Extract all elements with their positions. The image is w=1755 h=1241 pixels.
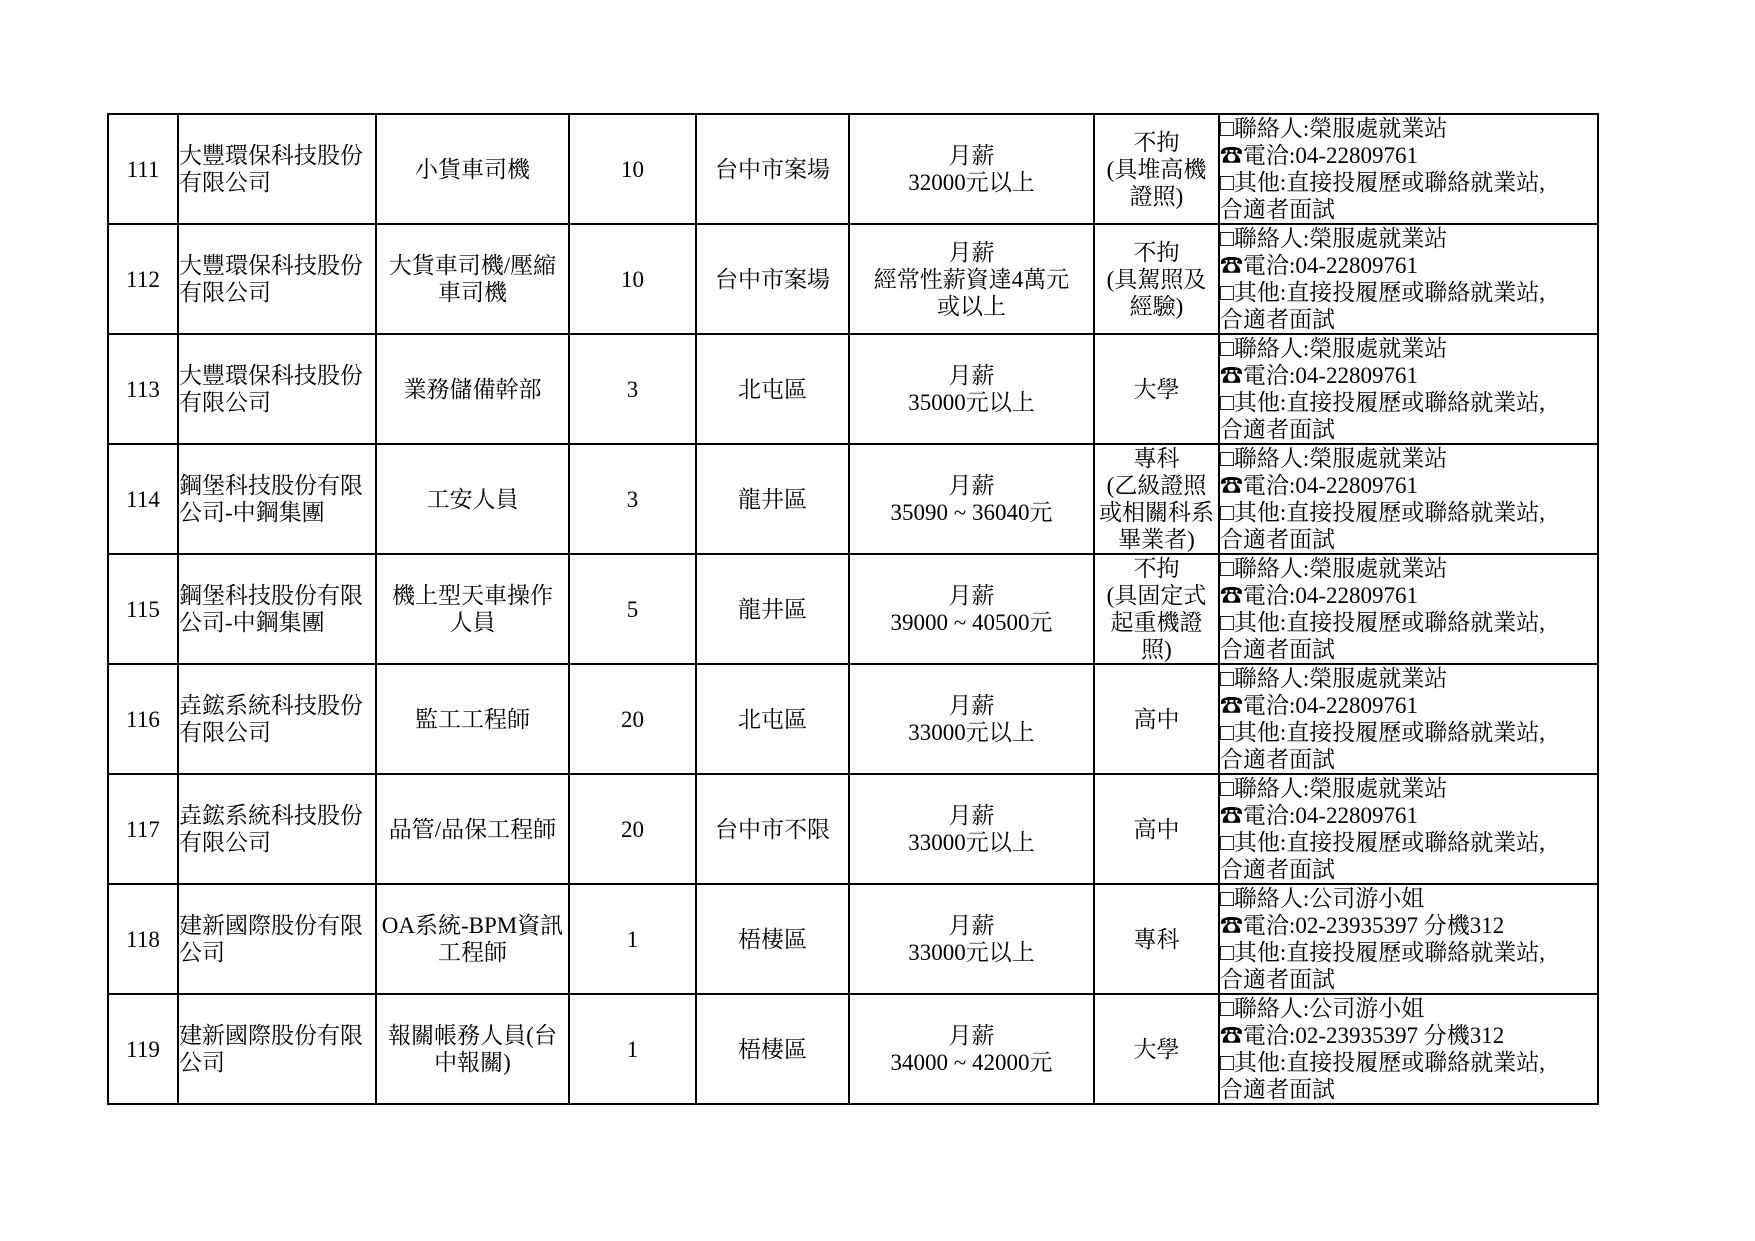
job-title-cell: 工安人員 xyxy=(376,444,569,554)
location-cell: 梧棲區 xyxy=(696,884,849,994)
company-cell: 鋼堡科技股份有限 公司-中鋼集團 xyxy=(178,444,376,554)
location-cell: 台中市不限 xyxy=(696,774,849,884)
table-row: 112 大豐環保科技股份 有限公司 大貨車司機/壓縮 車司機 10 台中市案場 … xyxy=(108,224,1598,334)
contact-cell: □聯絡人:榮服處就業站 ☎電洽:04-22809761 □其他:直接投履歷或聯絡… xyxy=(1219,554,1598,664)
job-title-cell: 業務儲備幹部 xyxy=(376,334,569,444)
company-cell: 建新國際股份有限 公司 xyxy=(178,884,376,994)
job-title-cell: 大貨車司機/壓縮 車司機 xyxy=(376,224,569,334)
job-title-cell: 機上型天車操作 人員 xyxy=(376,554,569,664)
row-number-cell: 118 xyxy=(108,884,178,994)
table-row: 113 大豐環保科技股份 有限公司 業務儲備幹部 3 北屯區 月薪 35000元… xyxy=(108,334,1598,444)
row-number-cell: 116 xyxy=(108,664,178,774)
contact-cell: □聯絡人:榮服處就業站 ☎電洽:04-22809761 □其他:直接投履歷或聯絡… xyxy=(1219,444,1598,554)
salary-cell: 月薪 35090 ~ 36040元 xyxy=(849,444,1094,554)
job-title-cell: 報關帳務人員(台 中報關) xyxy=(376,994,569,1104)
job-title-cell: 品管/品保工程師 xyxy=(376,774,569,884)
education-cell: 專科 xyxy=(1094,884,1219,994)
contact-cell: □聯絡人:榮服處就業站 ☎電洽:04-22809761 □其他:直接投履歷或聯絡… xyxy=(1219,334,1598,444)
row-number-cell: 113 xyxy=(108,334,178,444)
company-cell: 鋼堡科技股份有限 公司-中鋼集團 xyxy=(178,554,376,664)
table-row: 118 建新國際股份有限 公司 OA系統-BPM資訊 工程師 1 梧棲區 月薪 … xyxy=(108,884,1598,994)
openings-cell: 10 xyxy=(569,224,696,334)
openings-cell: 1 xyxy=(569,884,696,994)
education-cell: 不拘 (具堆高機 證照) xyxy=(1094,114,1219,224)
location-cell: 北屯區 xyxy=(696,334,849,444)
education-cell: 高中 xyxy=(1094,774,1219,884)
table-row: 111 大豐環保科技股份 有限公司 小貨車司機 10 台中市案場 月薪 3200… xyxy=(108,114,1598,224)
row-number-cell: 112 xyxy=(108,224,178,334)
salary-cell: 月薪 33000元以上 xyxy=(849,774,1094,884)
salary-cell: 月薪 34000 ~ 42000元 xyxy=(849,994,1094,1104)
job-title-cell: 小貨車司機 xyxy=(376,114,569,224)
table-row: 116 垚鋐系統科技股份 有限公司 監工工程師 20 北屯區 月薪 33000元… xyxy=(108,664,1598,774)
location-cell: 龍井區 xyxy=(696,444,849,554)
row-number-cell: 119 xyxy=(108,994,178,1104)
company-cell: 大豐環保科技股份 有限公司 xyxy=(178,114,376,224)
job-listings-table: 111 大豐環保科技股份 有限公司 小貨車司機 10 台中市案場 月薪 3200… xyxy=(107,113,1599,1105)
contact-cell: □聯絡人:公司游小姐 ☎電洽:02-23935397 分機312 □其他:直接投… xyxy=(1219,884,1598,994)
location-cell: 龍井區 xyxy=(696,554,849,664)
location-cell: 北屯區 xyxy=(696,664,849,774)
company-cell: 建新國際股份有限 公司 xyxy=(178,994,376,1104)
education-cell: 不拘 (具固定式 起重機證 照) xyxy=(1094,554,1219,664)
row-number-cell: 114 xyxy=(108,444,178,554)
openings-cell: 10 xyxy=(569,114,696,224)
openings-cell: 1 xyxy=(569,994,696,1104)
salary-cell: 月薪 35000元以上 xyxy=(849,334,1094,444)
education-cell: 不拘 (具駕照及 經驗) xyxy=(1094,224,1219,334)
openings-cell: 20 xyxy=(569,774,696,884)
location-cell: 梧棲區 xyxy=(696,994,849,1104)
salary-cell: 月薪 經常性薪資達4萬元 或以上 xyxy=(849,224,1094,334)
education-cell: 大學 xyxy=(1094,334,1219,444)
job-title-cell: 監工工程師 xyxy=(376,664,569,774)
openings-cell: 5 xyxy=(569,554,696,664)
row-number-cell: 117 xyxy=(108,774,178,884)
salary-cell: 月薪 32000元以上 xyxy=(849,114,1094,224)
salary-cell: 月薪 33000元以上 xyxy=(849,884,1094,994)
openings-cell: 3 xyxy=(569,334,696,444)
salary-cell: 月薪 39000 ~ 40500元 xyxy=(849,554,1094,664)
contact-cell: □聯絡人:榮服處就業站 ☎電洽:04-22809761 □其他:直接投履歷或聯絡… xyxy=(1219,114,1598,224)
education-cell: 大學 xyxy=(1094,994,1219,1104)
table-row: 117 垚鋐系統科技股份 有限公司 品管/品保工程師 20 台中市不限 月薪 3… xyxy=(108,774,1598,884)
education-cell: 專科 (乙級證照 或相關科系 畢業者) xyxy=(1094,444,1219,554)
openings-cell: 20 xyxy=(569,664,696,774)
company-cell: 垚鋐系統科技股份 有限公司 xyxy=(178,664,376,774)
row-number-cell: 115 xyxy=(108,554,178,664)
company-cell: 大豐環保科技股份 有限公司 xyxy=(178,334,376,444)
contact-cell: □聯絡人:榮服處就業站 ☎電洽:04-22809761 □其他:直接投履歷或聯絡… xyxy=(1219,774,1598,884)
row-number-cell: 111 xyxy=(108,114,178,224)
salary-cell: 月薪 33000元以上 xyxy=(849,664,1094,774)
contact-cell: □聯絡人:榮服處就業站 ☎電洽:04-22809761 □其他:直接投履歷或聯絡… xyxy=(1219,224,1598,334)
table-row: 115 鋼堡科技股份有限 公司-中鋼集團 機上型天車操作 人員 5 龍井區 月薪… xyxy=(108,554,1598,664)
table-row: 114 鋼堡科技股份有限 公司-中鋼集團 工安人員 3 龍井區 月薪 35090… xyxy=(108,444,1598,554)
education-cell: 高中 xyxy=(1094,664,1219,774)
company-cell: 垚鋐系統科技股份 有限公司 xyxy=(178,774,376,884)
contact-cell: □聯絡人:公司游小姐 ☎電洽:02-23935397 分機312 □其他:直接投… xyxy=(1219,994,1598,1104)
location-cell: 台中市案場 xyxy=(696,114,849,224)
location-cell: 台中市案場 xyxy=(696,224,849,334)
table-row: 119 建新國際股份有限 公司 報關帳務人員(台 中報關) 1 梧棲區 月薪 3… xyxy=(108,994,1598,1104)
document-page: { "table": { "rows": [ { "no": "111", "c… xyxy=(0,0,1755,1241)
company-cell: 大豐環保科技股份 有限公司 xyxy=(178,224,376,334)
job-title-cell: OA系統-BPM資訊 工程師 xyxy=(376,884,569,994)
contact-cell: □聯絡人:榮服處就業站 ☎電洽:04-22809761 □其他:直接投履歷或聯絡… xyxy=(1219,664,1598,774)
openings-cell: 3 xyxy=(569,444,696,554)
